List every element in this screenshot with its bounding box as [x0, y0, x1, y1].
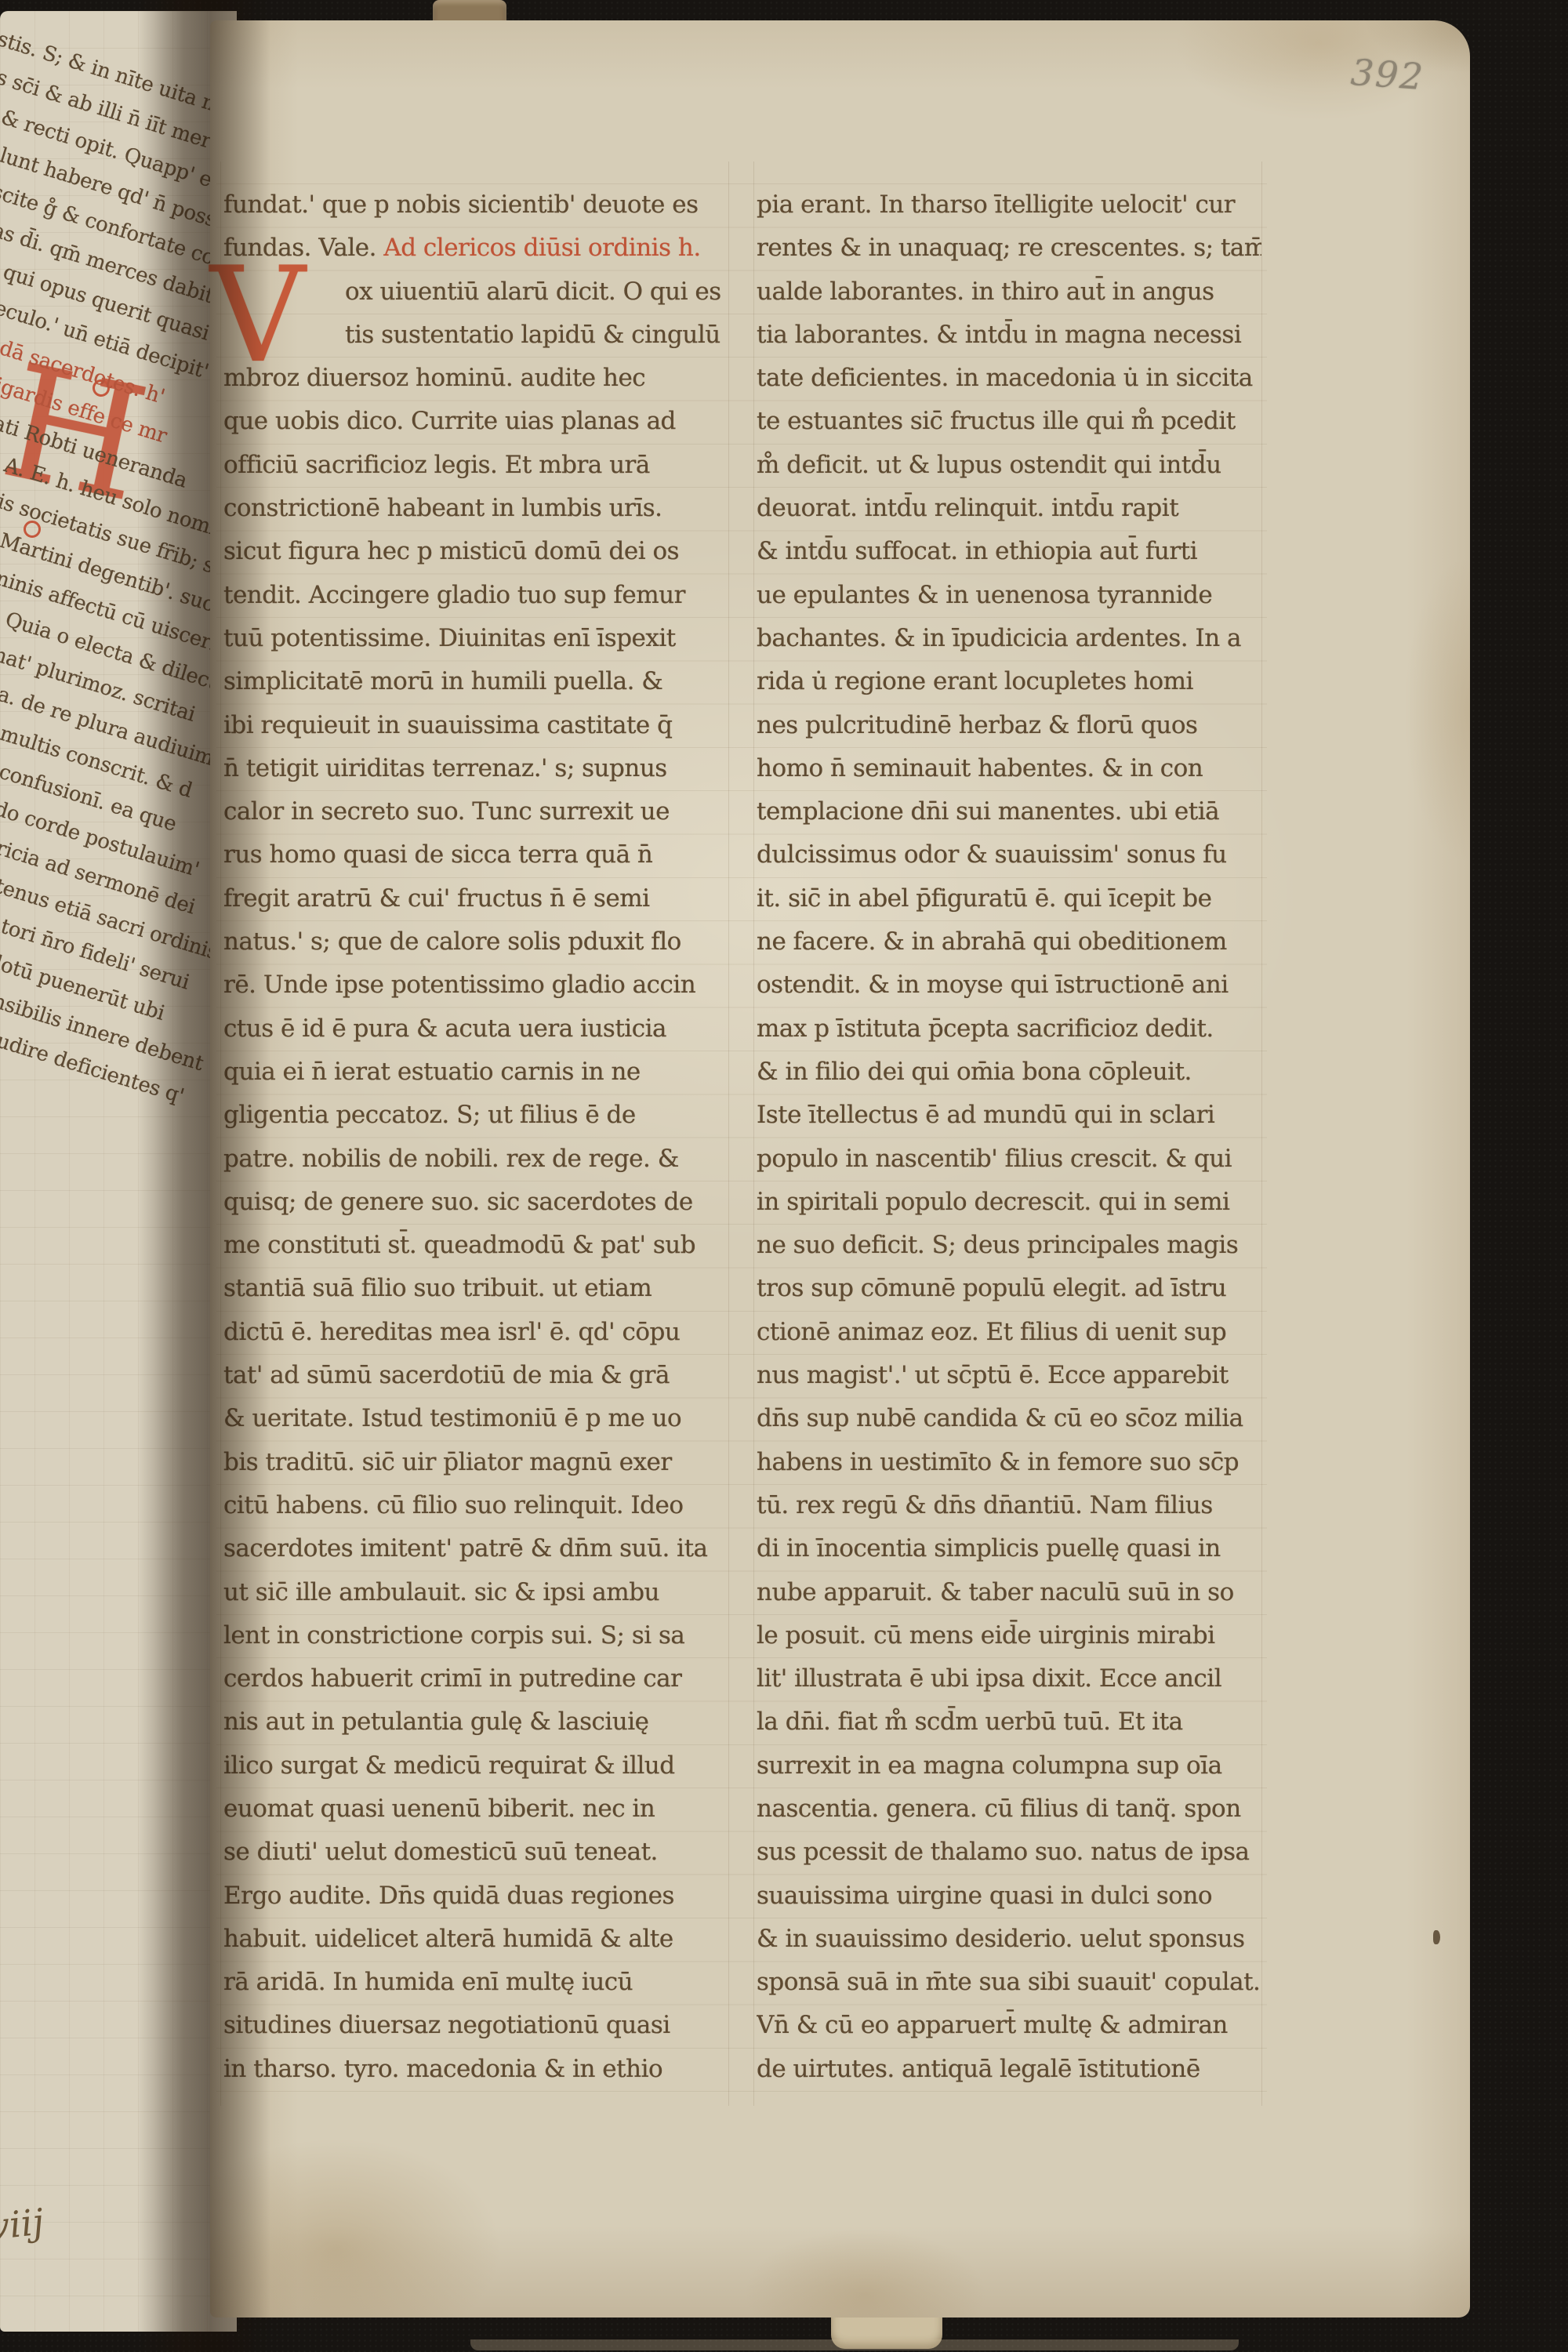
text-line: tia laborantes. & intd̄u in magna necess…: [757, 314, 1261, 357]
text-line: in spiritali populo decrescit. qui in se…: [757, 1181, 1261, 1224]
text-line: quia ei n̄ ierat estuatio carnis in ne: [223, 1051, 728, 1094]
text-line: tū. rex regū & dn̄s dn̄antiū. Nam filius: [757, 1484, 1261, 1527]
text-line: & in suauissimo desiderio. uelut sponsus: [757, 1918, 1261, 1961]
text-line: ilico surgat & medicū requirat & illud: [223, 1744, 728, 1788]
text-line: sacerdotes imitent' patrē & dn̄m suū. it…: [223, 1527, 728, 1570]
text-line: patre. nobilis de nobili. rex de rege. &: [223, 1138, 728, 1181]
text-line: max p īstituta p̄cepta sacrificioz dedit…: [757, 1007, 1261, 1051]
text-line: fundat.' que p nobis sicientib' deuote e…: [223, 183, 728, 227]
text-line: de uirtutes. antiquā legalē īstitutionē: [757, 2048, 1261, 2091]
text-line: tendit. Accingere gladio tuo sup femur: [223, 574, 728, 617]
text-line: nus magist'.' ut sc̄ptū ē. Ecce apparebi…: [757, 1354, 1261, 1397]
text-line: te estuantes sic̄ fructus ille qui m̊ pc…: [757, 400, 1261, 443]
text-line: bis traditū. sic̄ uir p̄liator magnū exe…: [223, 1441, 728, 1484]
ruling-line-vertical: [753, 162, 754, 2106]
text-line: rida u̇ regione erant locupletes homi: [757, 660, 1261, 703]
ruling-line-vertical: [1261, 162, 1262, 2106]
text-line: tat' ad sūmū sacerdotiū de mia & grā: [223, 1354, 728, 1397]
text-line: situdines diuersaz negotiationū quasi: [223, 2004, 728, 2047]
text-line: m̊ deficit. ut & lupus ostendit qui intd…: [757, 444, 1261, 487]
facing-page-text: testis. S; & in nīte uita m'tes sc̄i & a…: [0, 16, 237, 1054]
text-line: ctus ē id ē pura & acuta uera iusticia: [223, 1007, 728, 1051]
text-line: que uobis dico. Currite uias planas ad: [223, 400, 728, 443]
text-line: in tharso. tyro. macedonia & in ethio: [223, 2048, 728, 2091]
text-line: ibi requieuit in suauissima castitate q̄: [223, 704, 728, 747]
text-line: & intd̄u suffocat. in ethiopia aut̄ furt…: [757, 530, 1261, 573]
text-line: rentes & in unaquaq; re crescentes. s; t…: [757, 227, 1261, 270]
text-line: habuit. uidelicet alterā humidā & alte: [223, 1918, 728, 1961]
text-line: ostendit. & in moyse qui īstructionē ani: [757, 964, 1261, 1007]
text-line: bachantes. & in īpudicicia ardentes. In …: [757, 617, 1261, 660]
rubric-red-text: Ad clericos diūsi ordinis h.: [383, 234, 700, 262]
text-line: sicut figura hec p misticū domū dei os: [223, 530, 728, 573]
text-line: natus.' s; que de calore solis pduxit fl…: [223, 920, 728, 964]
text-line: ne suo deficit. S; deus principales magi…: [757, 1224, 1261, 1267]
text-line: rā aridā. In humida enī multę iucū: [223, 1961, 728, 2004]
text-line: populo in nascentib' filius crescit. & q…: [757, 1138, 1261, 1181]
text-line: la dn̄i. fiat m̊ scd̄m uerbū tuū. Et ita: [757, 1700, 1261, 1744]
text-line: & in filio dei qui om̄ia bona cōpleuit.: [757, 1051, 1261, 1094]
text-line: pia erant. In tharso ītelligite uelocit'…: [757, 183, 1261, 227]
under-leaf-edge: [470, 2339, 1239, 2350]
text-line: tis sustentatio lapidū & cingulū: [223, 314, 728, 357]
text-line: nis aut in petulantia gulę & lasciuię: [223, 1700, 728, 1744]
text-line: nes pulcritudinē herbaz & florū quos: [757, 704, 1261, 747]
text-line: tros sup cōmunē populū elegit. ad īstru: [757, 1267, 1261, 1310]
text-line: Vn̄ & cū eo apparuert̄ multę & admiran: [757, 2004, 1261, 2047]
text-line: lent in constrictione corpis sui. S; si …: [223, 1614, 728, 1657]
text-line: rē. Unde ipse potentissimo gladio accin: [223, 964, 728, 1007]
text-line: it. sic̄ in abel p̄figuratū ē. qui īcepi…: [757, 877, 1261, 920]
left-text-column: fundat.' que p nobis sicientib' deuote e…: [223, 183, 728, 2091]
ruling-line-vertical: [220, 162, 221, 2106]
text-line: ne facere. & in abrahā qui obeditionem: [757, 920, 1261, 964]
text-line: dulcissimus odor & suauissim' sonus fu: [757, 833, 1261, 877]
text-line: fregit aratrū & cui' fructus n̄ ē semi: [223, 877, 728, 920]
text-line: quisq; de genere suo. sic sacerdotes de: [223, 1181, 728, 1224]
text-line: suauissima uirgine quasi in dulci sono: [757, 1875, 1261, 1918]
quire-signature: viij: [0, 2201, 45, 2249]
text-line: nascentia. genera. cū filius di tanq̈. s…: [757, 1788, 1261, 1831]
text-line: le posuit. cū mens eid̄e uirginis mirabi: [757, 1614, 1261, 1657]
text-line: sponsā suā in m̄te sua sibi suauit' copu…: [757, 1961, 1261, 2004]
text-line: officiū sacrificioz legis. Et mbra urā: [223, 444, 728, 487]
text-line: deuorat. intd̄u relinquit. intd̄u rapit: [757, 487, 1261, 530]
text-line: fundas. Vale. Ad clericos diūsi ordinis …: [223, 227, 728, 270]
text-line: & ueritate. Istud testimoniū ē p me uo: [223, 1397, 728, 1440]
text-line: dn̄s sup nubē candida & cū eo sc̄oz mili…: [757, 1397, 1261, 1440]
text-line: homo n̄ seminauit habentes. & in con: [757, 747, 1261, 790]
text-line: me constituti st̄. queadmodū & pat' sub: [223, 1224, 728, 1267]
text-line: Ergo audite. Dn̄s quidā duas regiones: [223, 1875, 728, 1918]
text-line: citū habens. cū filio suo relinquit. Ide…: [223, 1484, 728, 1527]
text-line: surrexit in ea magna columpna sup oīa: [757, 1744, 1261, 1788]
text-line: constrictionē habeant in lumbis urīs.: [223, 487, 728, 530]
text-line: stantiā suā filio suo tribuit. ut etiam: [223, 1267, 728, 1310]
text-line: simplicitatē morū in humili puella. &: [223, 660, 728, 703]
facing-page-edge: H testis. S; & in nīte uita m'tes sc̄i &…: [0, 11, 237, 2332]
text-line: lit' illustrata ē ubi ipsa dixit. Ecce a…: [757, 1657, 1261, 1700]
text-line: calor in secreto suo. Tunc surrexit ue: [223, 790, 728, 833]
text-line: Iste ītellectus ē ad mundū qui in sclari: [757, 1094, 1261, 1137]
text-line: gligentia peccatoz. S; ut filius ē de: [223, 1094, 728, 1137]
text-line: tuū potentissime. Diuinitas enī īspexit: [223, 617, 728, 660]
text-line: cerdos habuerit crimī in putredine car: [223, 1657, 728, 1700]
text-line: nube apparuit. & taber naculū suū in so: [757, 1571, 1261, 1614]
text-line: dictū ē. hereditas mea isrl' ē. qd' cōpu: [223, 1311, 728, 1354]
text-line: se diuti' uelut domesticū suū teneat.: [223, 1831, 728, 1874]
folio-number: 392: [1349, 51, 1425, 98]
ink-mark: [1433, 1930, 1440, 1944]
text-line: ox uiuentiū alarū dicit. O qui es: [223, 270, 728, 314]
text-line: ue epulantes & in uenenosa tyrannide: [757, 574, 1261, 617]
main-page: 392 V fundat.' que p nobis sicientib' de…: [210, 20, 1470, 2318]
right-text-column: pia erant. In tharso ītelligite uelocit'…: [757, 183, 1261, 2091]
ruling-line-vertical: [728, 162, 729, 2106]
text-line: n̄ tetigit uiriditas terrenaz.' s; supnu…: [223, 747, 728, 790]
text-line: ualde laborantes. in thiro aut̄ in angus: [757, 270, 1261, 314]
manuscript-photo: { "folio": { "number": "392", "quire_sig…: [0, 0, 1568, 2352]
text-line: sus pcessit de thalamo suo. natus de ips…: [757, 1831, 1261, 1874]
text-line: ctionē animaz eoz. Et filius di uenit su…: [757, 1311, 1261, 1354]
text-line: tate deficientes. in macedonia u̇ in sic…: [757, 357, 1261, 400]
text-line: rus homo quasi de sicca terra quā n̄: [223, 833, 728, 877]
text-line: templacione dn̄i sui manentes. ubi etiā: [757, 790, 1261, 833]
text-line: di in īnocentia simplicis puellę quasi i…: [757, 1527, 1261, 1570]
text-line: habens in uestimīto & in femore suo sc̄p: [757, 1441, 1261, 1484]
text-line: mbroz diuersoz hominū. audite hec: [223, 357, 728, 400]
text-line: euomat quasi uenenū biberit. nec in: [223, 1788, 728, 1831]
text-line: ut sic̄ ille ambulauit. sic & ipsi ambu: [223, 1571, 728, 1614]
